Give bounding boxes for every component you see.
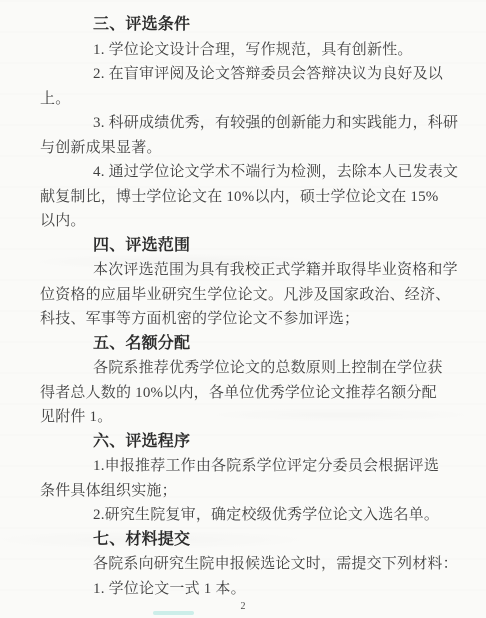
text-line: 与创新成果显著。 <box>40 136 456 161</box>
text-line: 各院系推荐优秀学位论文的总数原则上控制在学位获 <box>40 356 456 381</box>
document-page: 三、评选条件1. 学位论文设计合理，写作规范，具有创新性。2. 在盲审评阅及论文… <box>0 0 486 618</box>
text-line: 科技、军事等方面机密的学位论文不参加评选； <box>40 307 456 332</box>
text-line: 以内。 <box>40 209 456 234</box>
text-line: 1.申报推荐工作由各院系学位评定分委员会根据评选 <box>40 454 456 479</box>
text-line: 3. 科研成绩优秀，有较强的创新能力和实践能力，科研 <box>40 111 456 136</box>
page-number: 2 <box>0 601 486 613</box>
text-line: 4. 通过学位论文学术不端行为检测，去除本人已发表文 <box>40 160 456 185</box>
text-line: 1. 学位论文设计合理，写作规范，具有创新性。 <box>40 38 456 63</box>
text-line: 上。 <box>40 87 456 112</box>
text-line: 条件具体组织实施； <box>40 479 456 504</box>
document-body: 三、评选条件1. 学位论文设计合理，写作规范，具有创新性。2. 在盲审评阅及论文… <box>40 13 456 601</box>
section-heading: 五、名额分配 <box>40 332 456 357</box>
section-heading: 四、评选范围 <box>40 234 456 259</box>
text-line: 得者总人数的 10%以内，各单位优秀学位论文推荐名额分配 <box>40 381 456 406</box>
text-line: 位资格的应届毕业研究生学位论文。凡涉及国家政治、经济、 <box>40 283 456 308</box>
text-line: 2. 在盲审评阅及论文答辩委员会答辩决议为良好及以 <box>40 62 456 87</box>
section-heading: 七、材料提交 <box>40 528 456 553</box>
section-heading: 六、评选程序 <box>40 430 456 455</box>
section-heading: 三、评选条件 <box>40 13 456 38</box>
text-line: 献复制比，博士学位论文在 10%以内，硕士学位论文在 15% <box>40 185 456 210</box>
document-lines: 三、评选条件1. 学位论文设计合理，写作规范，具有创新性。2. 在盲审评阅及论文… <box>40 13 456 601</box>
text-line: 1. 学位论文一式 1 本。 <box>40 577 456 602</box>
text-line: 本次评选范围为具有我校正式学籍并取得毕业资格和学 <box>40 258 456 283</box>
text-line: 见附件 1。 <box>40 405 456 430</box>
text-line: 各院系向研究生院申报候选论文时，需提交下列材料： <box>40 552 456 577</box>
text-line: 2.研究生院复审，确定校级优秀学位论文入选名单。 <box>40 503 456 528</box>
